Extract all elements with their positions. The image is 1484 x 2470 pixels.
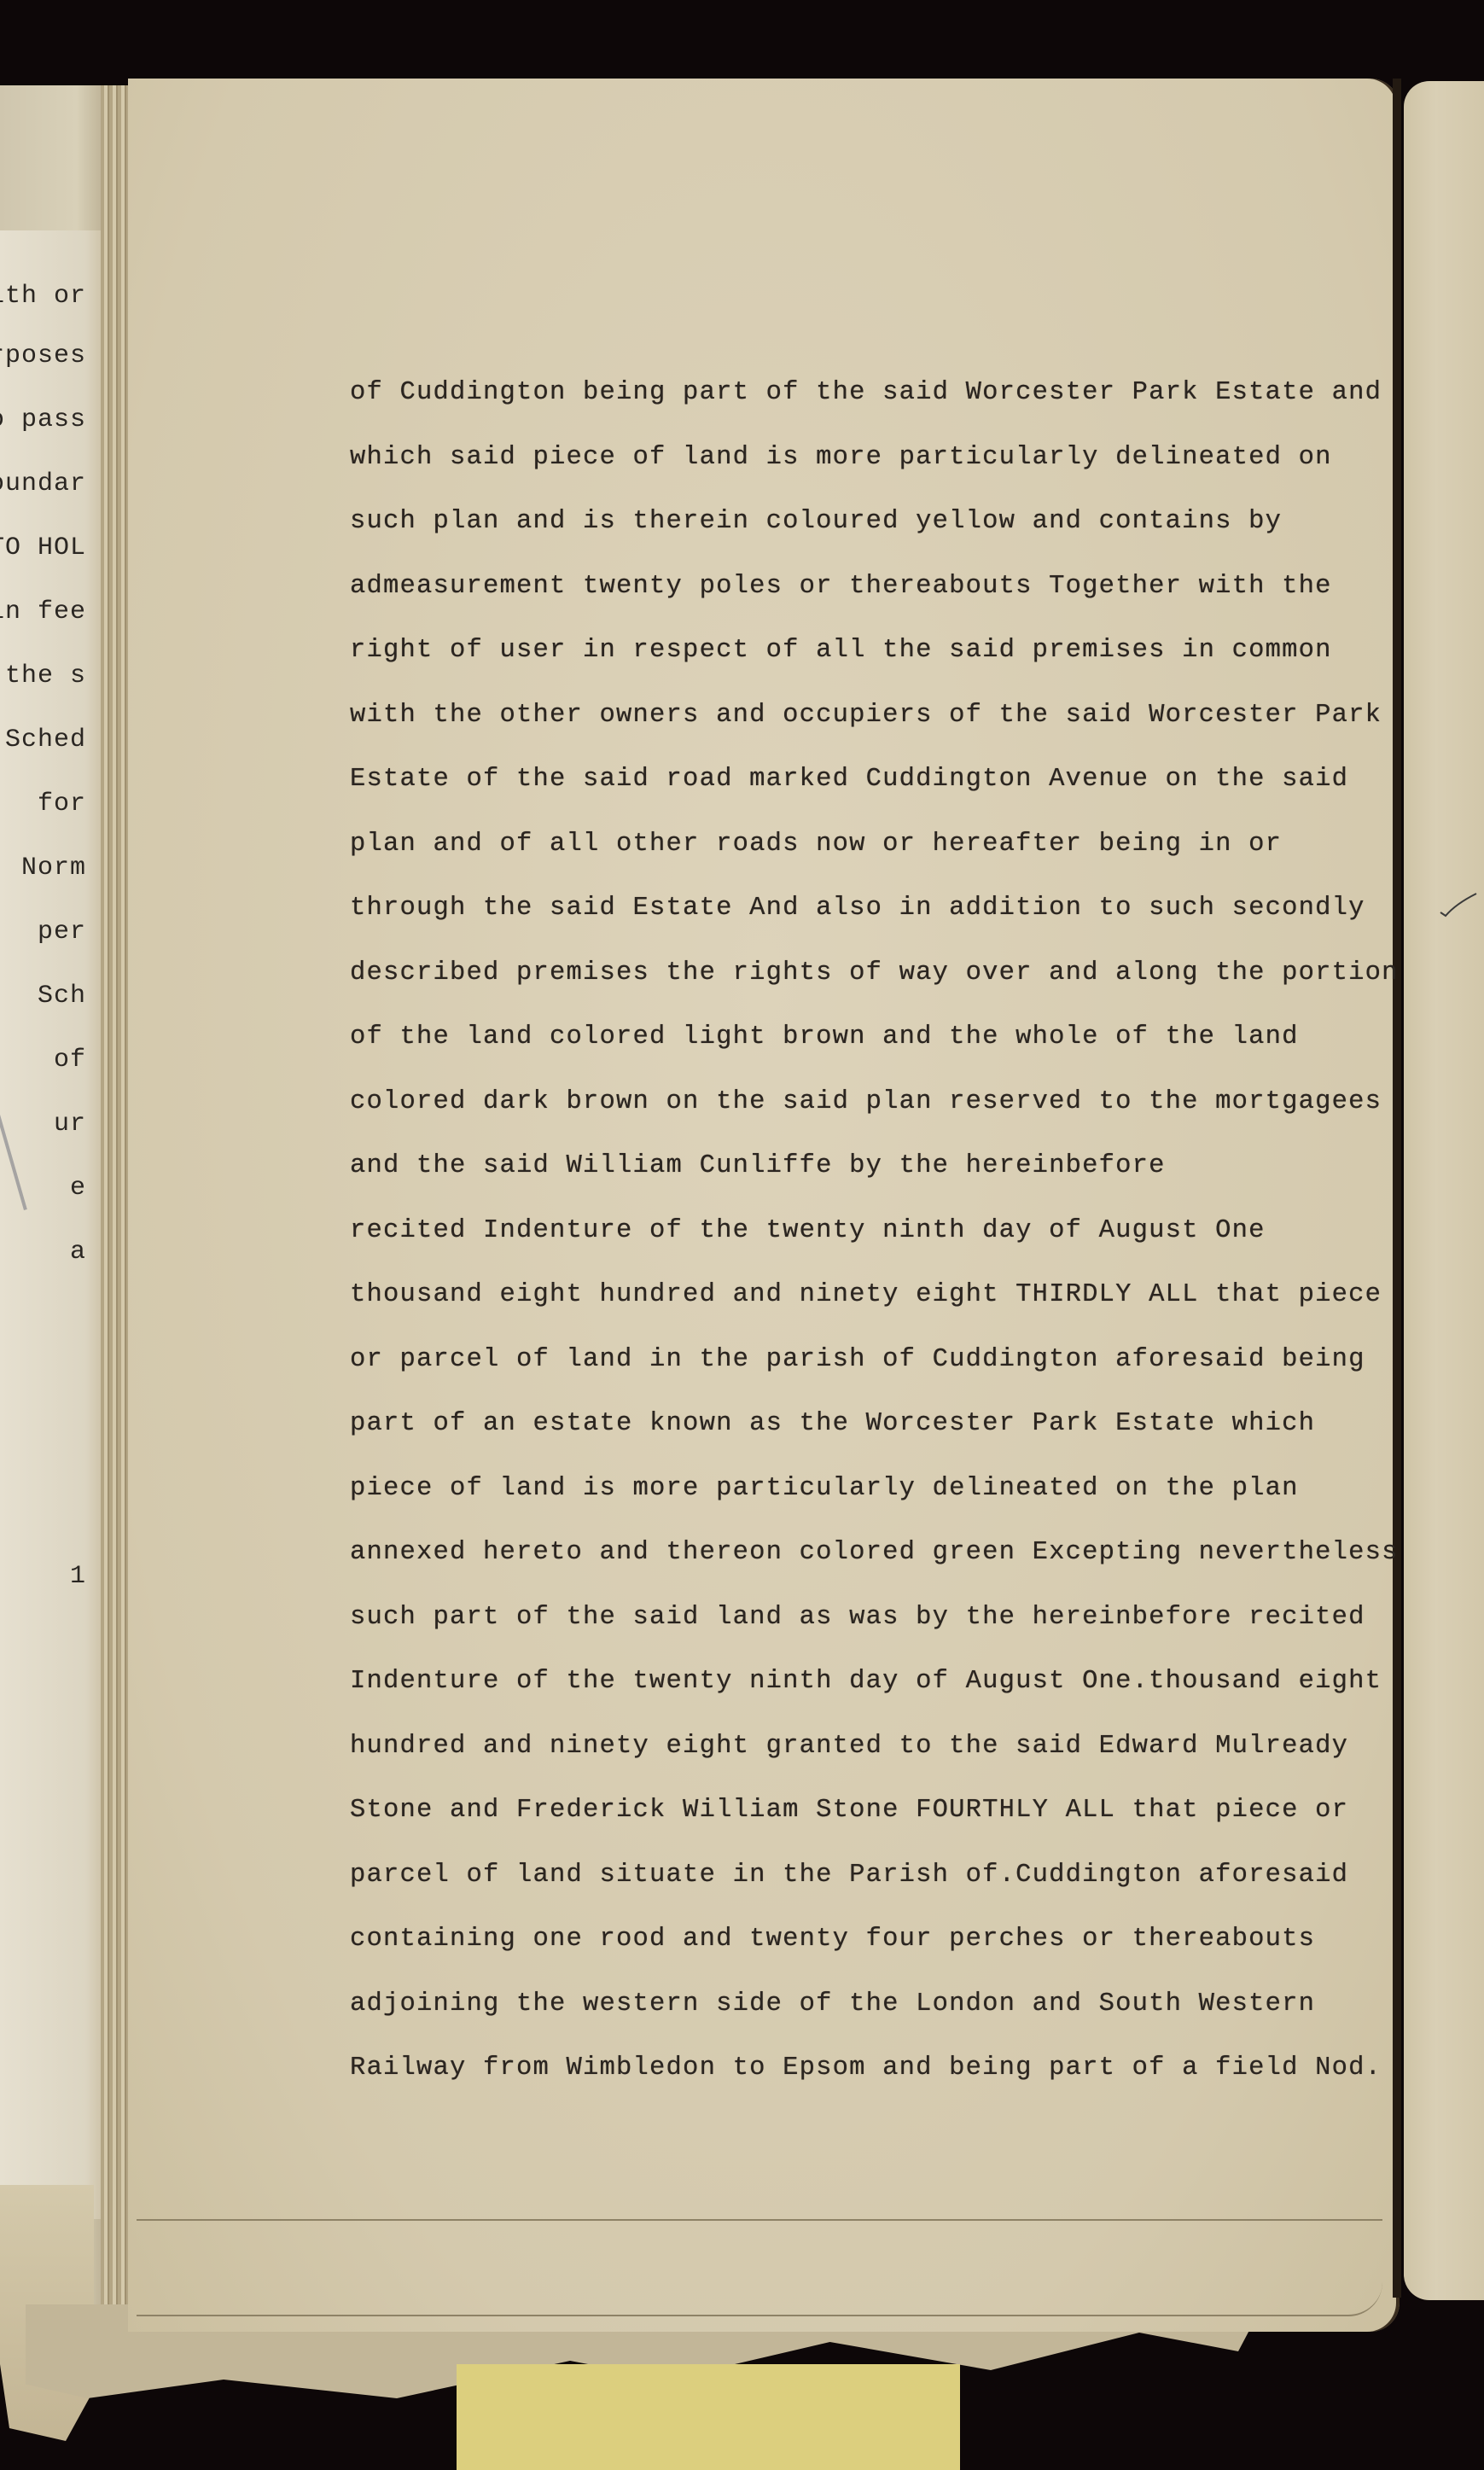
text-line: hundred and ninety eight granted to the … (350, 1722, 1395, 1787)
underlying-text-fragment: TO HOL (0, 533, 86, 562)
text-line: colored dark brown on the said plan rese… (350, 1078, 1395, 1143)
underlying-text-fragment: o pass (0, 405, 86, 434)
underlying-text-fragment: Sch (38, 982, 86, 1011)
text-line: of the land colored light brown and the … (350, 1013, 1395, 1078)
text-line: piece of land is more particularly delin… (350, 1465, 1395, 1529)
text-line: with the other owners and occupiers of t… (350, 691, 1395, 756)
check-mark-icon (1439, 892, 1478, 918)
text-line: recited Indenture of the twenty ninth da… (350, 1207, 1395, 1272)
facing-page (1404, 81, 1484, 2300)
text-line: containing one rood and twenty four perc… (350, 1915, 1395, 1980)
text-line: which said piece of land is more particu… (350, 434, 1395, 498)
binding-strip (101, 85, 131, 2321)
text-line: such part of the said land as was by the… (350, 1593, 1395, 1658)
underlying-text-fragment: a (70, 1238, 86, 1267)
text-line: parcel of land situate in the Parish of.… (350, 1851, 1395, 1916)
document-body-text: of Cuddington being part of the said Wor… (350, 369, 1395, 2109)
underlying-text-fragment: Sched (5, 725, 86, 754)
underlying-text-fragment: of (54, 1046, 86, 1075)
text-line: or parcel of land in the parish of Cuddi… (350, 1336, 1395, 1401)
underlying-text-fragment: in fee (0, 597, 86, 626)
text-line: described premises the rights of way ove… (350, 949, 1395, 1014)
underlying-text-fragment: oundar (0, 469, 86, 498)
text-line: such plan and is therein coloured yellow… (350, 498, 1395, 562)
text-line: Stone and Frederick William Stone FOURTH… (350, 1786, 1395, 1851)
text-line: annexed hereto and thereon colored green… (350, 1529, 1395, 1593)
text-line: Railway from Wimbledon to Epsom and bein… (350, 2044, 1395, 2109)
underlying-text-fragment: 1 (70, 1562, 86, 1591)
text-line: right of user in respect of all the said… (350, 626, 1395, 691)
text-line: adjoining the western side of the London… (350, 1980, 1395, 2045)
underlying-text-fragment: for (38, 789, 86, 818)
underlying-text-fragment: per (38, 918, 86, 947)
page-border-rule (137, 2219, 1382, 2316)
underlying-text-fragment: urposes (0, 341, 86, 370)
text-line: thousand eight hundred and ninety eight … (350, 1271, 1395, 1336)
underlying-text-fragment: the s (5, 661, 86, 690)
yellow-bookmark-slip (457, 2364, 960, 2470)
text-line: Estate of the said road marked Cuddingto… (350, 755, 1395, 820)
text-line: admeasurement twenty poles or thereabout… (350, 562, 1395, 627)
underlying-page: ith orurposeso passoundarTO HOLin feethe… (0, 230, 108, 2219)
underlying-text-fragment: ur (54, 1110, 86, 1139)
underlying-text-fragment: e (70, 1174, 86, 1203)
underlying-text-fragment: ith or (0, 282, 86, 311)
text-line: Indenture of the twenty ninth day of Aug… (350, 1657, 1395, 1722)
underlying-text-fragment: Norm (21, 853, 86, 883)
text-line: plan and of all other roads now or herea… (350, 820, 1395, 885)
text-line: part of an estate known as the Worcester… (350, 1400, 1395, 1465)
text-line: through the said Estate And also in addi… (350, 884, 1395, 949)
text-line: and the said William Cunliffe by the her… (350, 1142, 1395, 1207)
text-line: of Cuddington being part of the said Wor… (350, 369, 1395, 434)
